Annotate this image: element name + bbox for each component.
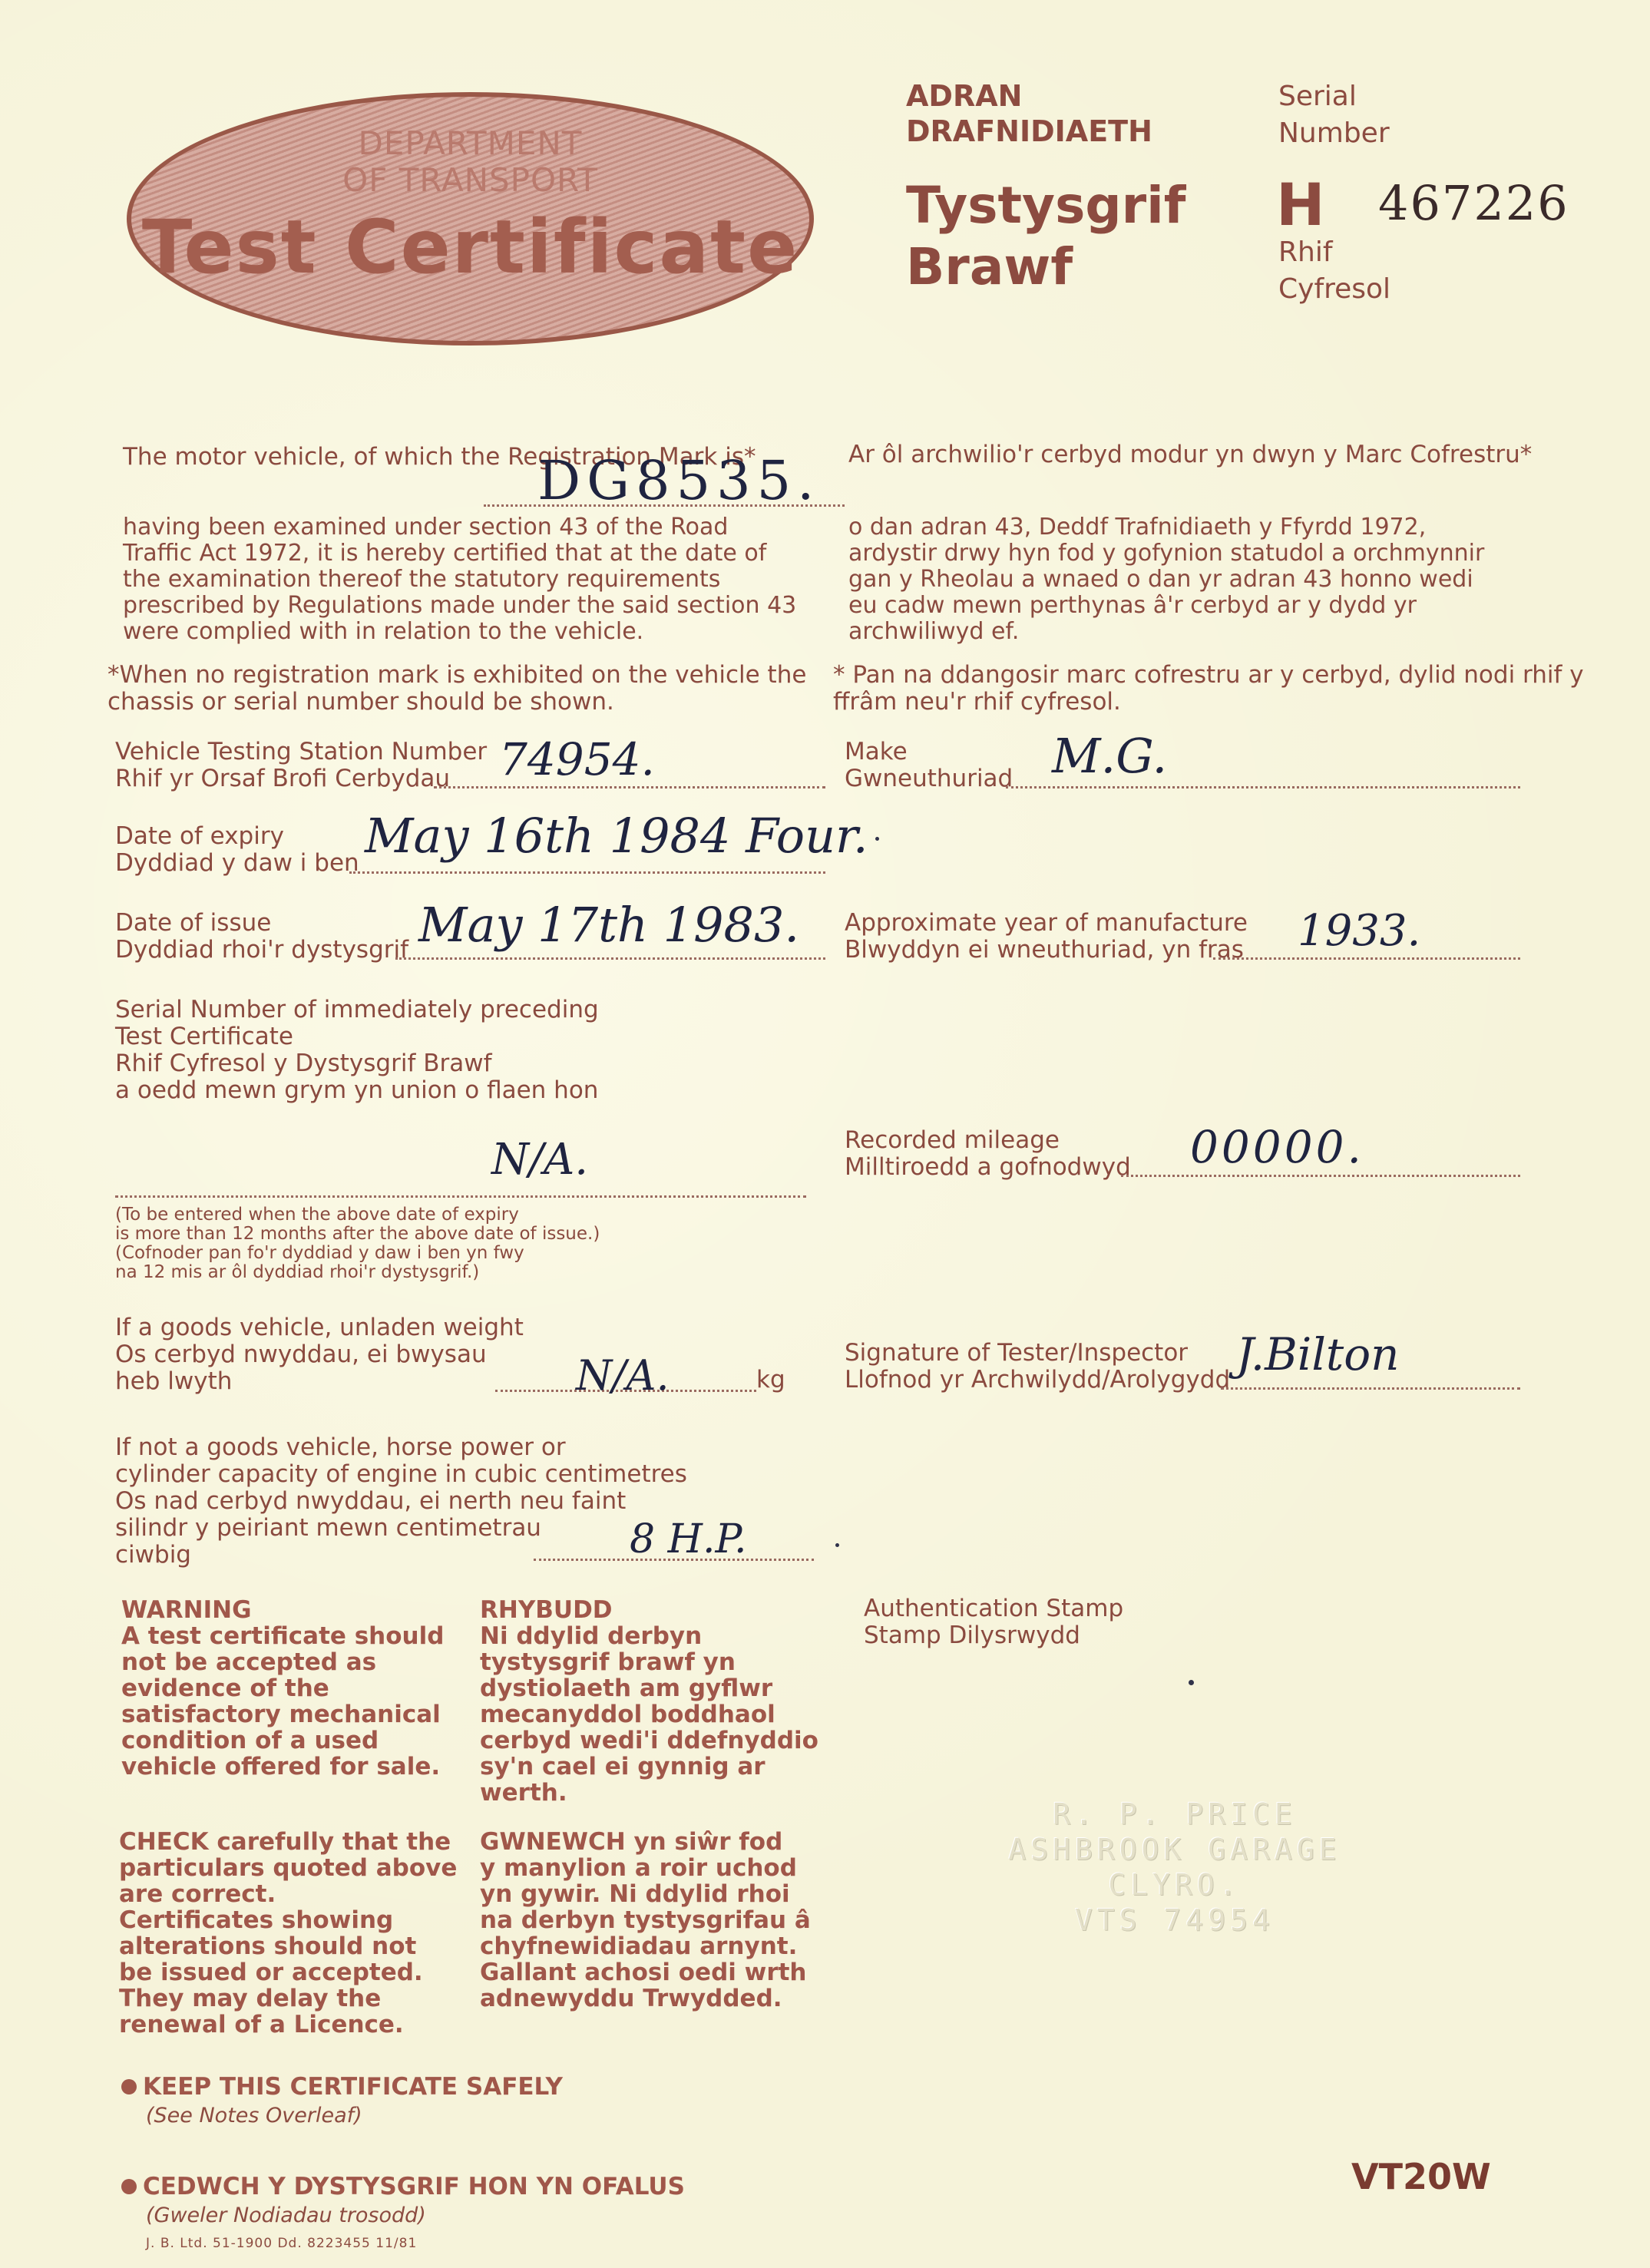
mileage-label-cy: Milltiroedd a gofnodwyd — [845, 1154, 1131, 1181]
year-label-cy: Blwyddyn ei wneuthuriad, yn fras — [845, 937, 1248, 964]
cert-en-line: Traffic Act 1972, it is hereby certified… — [123, 541, 814, 567]
mileage-value: 00000. — [1190, 1121, 1364, 1173]
keep-safe-en-note: (See Notes Overleaf) — [146, 2104, 362, 2127]
paper-speck — [835, 1543, 839, 1547]
weight-label-line: Os cerbyd nwyddau, ei bwysau — [115, 1341, 524, 1368]
make-label-en: Make — [845, 739, 1013, 765]
expiry-label-en: Date of expiry — [115, 823, 359, 850]
reg-footnote-cy-line1: * Pan na ddangosir marc cofrestru ar y c… — [833, 662, 1584, 689]
welsh-title: Tystysgrif Brawf — [906, 175, 1185, 298]
preceding-note-line: na 12 mis ar ôl dyddiad rhoi'r dystysgri… — [115, 1263, 600, 1282]
issue-label: Date of issue Dyddiad rhoi'r dystysgrif — [115, 910, 408, 964]
warning-en-line: condition of a used — [121, 1727, 444, 1754]
warning-title-cy: RHYBUDD — [480, 1597, 818, 1623]
station-label-en: Vehicle Testing Station Number — [115, 739, 487, 765]
make-label: Make Gwneuthuriad — [845, 739, 1013, 792]
preceding-value: N/A. — [491, 1135, 588, 1185]
check-en-line: They may delay the — [119, 1985, 457, 2012]
make-label-cy: Gwneuthuriad — [845, 765, 1013, 792]
signature-dotted-line — [1221, 1386, 1520, 1390]
preceding-note-line: is more than 12 months after the above d… — [115, 1225, 600, 1244]
warning-cy-line: dystiolaeth am gyflwr — [480, 1675, 818, 1701]
issue-label-en: Date of issue — [115, 910, 408, 937]
check-cy-line: yn gywir. Ni ddylid rhoi — [480, 1881, 811, 1907]
oval-dept-line2: OF TRANSPORT — [131, 161, 809, 199]
cert-cy-line: ardystir drwy hyn fod y gofynion statudo… — [848, 541, 1539, 567]
issue-value: May 17th 1983. — [418, 897, 799, 953]
check-cy-line: y manylion a roir uchod — [480, 1855, 811, 1881]
mileage-label-en: Recorded mileage — [845, 1127, 1131, 1154]
warning-title-en: WARNING — [121, 1597, 444, 1623]
cert-cy-line: o dan adran 43, Deddf Trafnidiaeth y Ffy… — [848, 514, 1539, 541]
preceding-label-line: a oedd mewn grym yn union o flaen hon — [115, 1077, 599, 1104]
check-cy: GWNEWCH yn siŵr fod y manylion a roir uc… — [480, 1829, 811, 2012]
stamp-line: ASHBROOK GARAGE — [937, 1832, 1413, 1867]
bullet-icon — [121, 2179, 137, 2194]
keep-safe-en-text: KEEP THIS CERTIFICATE SAFELY — [143, 2073, 563, 2101]
reg-footnote-cy: * Pan na ddangosir marc cofrestru ar y c… — [833, 662, 1584, 716]
warning-cy-line: Ni ddylid derbyn — [480, 1623, 818, 1649]
check-en-line: particulars quoted above — [119, 1855, 457, 1881]
check-cy-line: chyfnewidiadau arnynt. — [480, 1933, 811, 1959]
keep-safe-cy-note: (Gweler Nodiadau trosodd) — [146, 2204, 426, 2227]
weight-label: If a goods vehicle, unladen weight Os ce… — [115, 1314, 524, 1395]
cert-en-line: were complied with in relation to the ve… — [123, 619, 814, 645]
warning-cy-line: werth. — [480, 1780, 818, 1806]
expiry-label: Date of expiry Dyddiad y daw i ben — [115, 823, 359, 877]
station-label-cy: Rhif yr Orsaf Brofi Cerbydau — [115, 765, 487, 792]
warning-en-line: A test certificate should — [121, 1623, 444, 1649]
preceding-label: Serial Number of immediately preceding T… — [115, 997, 599, 1104]
authentication-label: Authentication Stamp Stamp Dilysrwydd — [864, 1595, 1123, 1649]
cert-en-line: the examination thereof the statutory re… — [123, 567, 814, 593]
serial-welsh-label: Rhif Cyfresol — [1278, 234, 1390, 308]
serial-welsh-line2: Cyfresol — [1278, 271, 1390, 308]
check-cy-line: adnewyddu Trwydded. — [480, 1985, 811, 2012]
year-value: 1933. — [1298, 906, 1420, 956]
stamp-line: R. P. PRICE — [937, 1797, 1413, 1832]
warning-en-line: evidence of the — [121, 1675, 444, 1701]
stamp-line: CLYRO. — [937, 1867, 1413, 1903]
reg-footnote-cy-line2: ffrâm neu'r rhif cyfresol. — [833, 689, 1584, 716]
reg-footnote-en-line1: *When no registration mark is exhibited … — [107, 662, 806, 689]
check-en-line: alterations should not — [119, 1933, 457, 1959]
mileage-label: Recorded mileage Milltiroedd a gofnodwyd — [845, 1127, 1131, 1181]
check-en-line: Certificates showing — [119, 1907, 457, 1933]
welsh-title-line2: Brawf — [906, 236, 1185, 298]
warning-en: WARNING A test certificate should not be… — [121, 1597, 444, 1780]
keep-safe-cy-text: CEDWCH Y DYSTYSGRIF HON YN OFALUS — [143, 2173, 685, 2200]
weight-label-line: heb lwyth — [115, 1368, 524, 1395]
expiry-label-cy: Dyddiad y daw i ben — [115, 850, 359, 877]
cert-cy-line: gan y Rheolau a wnaed o dan yr adran 43 … — [848, 567, 1539, 593]
authentication-label-cy: Stamp Dilysrwydd — [864, 1622, 1123, 1649]
paper-speck — [1189, 1680, 1194, 1685]
cert-cy-line: eu cadw mewn perthynas â'r cerbyd ar y d… — [848, 593, 1539, 619]
warning-en-line: not be accepted as — [121, 1649, 444, 1675]
paper-speck — [875, 837, 879, 841]
warning-cy: RHYBUDD Ni ddylid derbyn tystysgrif braw… — [480, 1597, 818, 1806]
weight-value: N/A. — [576, 1351, 670, 1400]
welsh-dept-line1: ADRAN — [906, 78, 1152, 114]
warning-en-line: satisfactory mechanical — [121, 1701, 444, 1727]
serial-prefix: H — [1276, 170, 1325, 239]
serial-label-line2: Number — [1278, 115, 1390, 152]
check-en-line: CHECK carefully that the — [119, 1829, 457, 1855]
make-value: M.G. — [1052, 728, 1167, 784]
issue-label-cy: Dyddiad rhoi'r dystysgrif — [115, 937, 408, 964]
cert-en-line: prescribed by Regulations made under the… — [123, 593, 814, 619]
issue-dotted-line — [395, 956, 825, 960]
warning-cy-line: mecanyddol boddhaol — [480, 1701, 818, 1727]
year-label: Approximate year of manufacture Blwyddyn… — [845, 910, 1248, 964]
mileage-dotted-line — [1121, 1173, 1520, 1177]
welsh-dept-line2: DRAFNIDIAETH — [906, 114, 1152, 149]
power-value: 8 H.P. — [630, 1516, 746, 1562]
certification-en: having been examined under section 43 of… — [123, 514, 814, 645]
registration-label-cy: Ar ôl archwilio'r cerbyd modur yn dwyn y… — [848, 441, 1532, 468]
reg-footnote-en-line2: chassis or serial number should be shown… — [107, 689, 806, 716]
check-cy-line: Gallant achosi oedi wrth — [480, 1959, 811, 1985]
check-en-line: renewal of a Licence. — [119, 2012, 457, 2038]
station-number-value: 74954. — [499, 733, 655, 785]
preceding-label-line: Rhif Cyfresol y Dystysgrif Brawf — [115, 1050, 599, 1077]
signature-value: J.Bilton — [1236, 1328, 1400, 1380]
preceding-dotted-line — [115, 1194, 806, 1198]
check-cy-line: GWNEWCH yn siŵr fod — [480, 1829, 811, 1855]
bullet-icon — [121, 2079, 137, 2094]
welsh-title-line1: Tystysgrif — [906, 175, 1185, 236]
warning-cy-line: tystysgrif brawf yn — [480, 1649, 818, 1675]
power-label-line: silindr y peiriant mewn centimetrau — [115, 1515, 687, 1542]
welsh-dept: ADRAN DRAFNIDIAETH — [906, 78, 1152, 149]
reg-footnote-en: *When no registration mark is exhibited … — [107, 662, 806, 716]
expiry-dotted-line — [349, 870, 825, 874]
form-code: VT20W — [1351, 2156, 1491, 2197]
warning-cy-line: cerbyd wedi'i ddefnyddio — [480, 1727, 818, 1754]
warning-en-line: vehicle offered for sale. — [121, 1754, 444, 1780]
power-label: If not a goods vehicle, horse power or c… — [115, 1434, 687, 1569]
weight-label-line: If a goods vehicle, unladen weight — [115, 1314, 524, 1341]
serial-welsh-line1: Rhif — [1278, 234, 1390, 271]
weight-unit: kg — [756, 1367, 785, 1394]
preceding-note: (To be entered when the above date of ex… — [115, 1205, 600, 1282]
oval-dept-line1: DEPARTMENT — [131, 124, 809, 162]
cert-en-line: having been examined under section 43 of… — [123, 514, 814, 541]
preceding-label-line: Serial Number of immediately preceding — [115, 997, 599, 1023]
warning-cy-line: sy'n cael ei gynnig ar — [480, 1754, 818, 1780]
year-label-en: Approximate year of manufacture — [845, 910, 1248, 937]
station-label: Vehicle Testing Station Number Rhif yr O… — [115, 739, 487, 792]
signature-label-en: Signature of Tester/Inspector — [845, 1340, 1230, 1367]
check-en-line: are correct. — [119, 1881, 457, 1907]
preceding-note-line: (Cofnoder pan fo'r dyddiad y daw i ben y… — [115, 1244, 600, 1263]
expiry-value: May 16th 1984 Four. — [365, 808, 868, 864]
power-label-line: If not a goods vehicle, horse power or — [115, 1434, 687, 1461]
serial-label-line1: Serial — [1278, 78, 1390, 115]
make-dotted-line — [1006, 785, 1520, 789]
check-en: CHECK carefully that the particulars quo… — [119, 1829, 457, 2038]
keep-safe-en: KEEP THIS CERTIFICATE SAFELY — [121, 2073, 563, 2101]
dept-transport-oval-logo: DEPARTMENT OF TRANSPORT Test Certificate — [127, 92, 814, 345]
stamp-line: VTS 74954 — [937, 1903, 1413, 1938]
year-dotted-line — [1213, 956, 1520, 960]
preceding-label-line: Test Certificate — [115, 1023, 599, 1050]
power-label-line: Os nad cerbyd nwyddau, ei nerth neu fain… — [115, 1488, 687, 1515]
power-label-line: ciwbig — [115, 1542, 687, 1569]
signature-label-cy: Llofnod yr Archwilydd/Arolygydd — [845, 1367, 1230, 1394]
keep-safe-cy: CEDWCH Y DYSTYSGRIF HON YN OFALUS — [121, 2173, 685, 2200]
authentication-label-en: Authentication Stamp — [864, 1595, 1123, 1622]
cert-cy-line: archwiliwyd ef. — [848, 619, 1539, 645]
serial-number: 467226 — [1378, 175, 1569, 231]
embossed-authentication-stamp: R. P. PRICE ASHBROOK GARAGE CLYRO. VTS 7… — [937, 1797, 1413, 1938]
printer-info: J. B. Ltd. 51-1900 Dd. 8223455 11/81 — [146, 2236, 417, 2251]
power-label-line: cylinder capacity of engine in cubic cen… — [115, 1461, 687, 1488]
registration-mark-value: DG8535. — [537, 449, 820, 512]
check-en-line: be issued or accepted. — [119, 1959, 457, 1985]
serial-label: Serial Number — [1278, 78, 1390, 152]
preceding-note-line: (To be entered when the above date of ex… — [115, 1205, 600, 1225]
signature-label: Signature of Tester/Inspector Llofnod yr… — [845, 1340, 1230, 1394]
check-cy-line: na derbyn tystysgrifau â — [480, 1907, 811, 1933]
oval-title: Test Certificate — [131, 204, 809, 290]
certification-cy: o dan adran 43, Deddf Trafnidiaeth y Ffy… — [848, 514, 1539, 645]
